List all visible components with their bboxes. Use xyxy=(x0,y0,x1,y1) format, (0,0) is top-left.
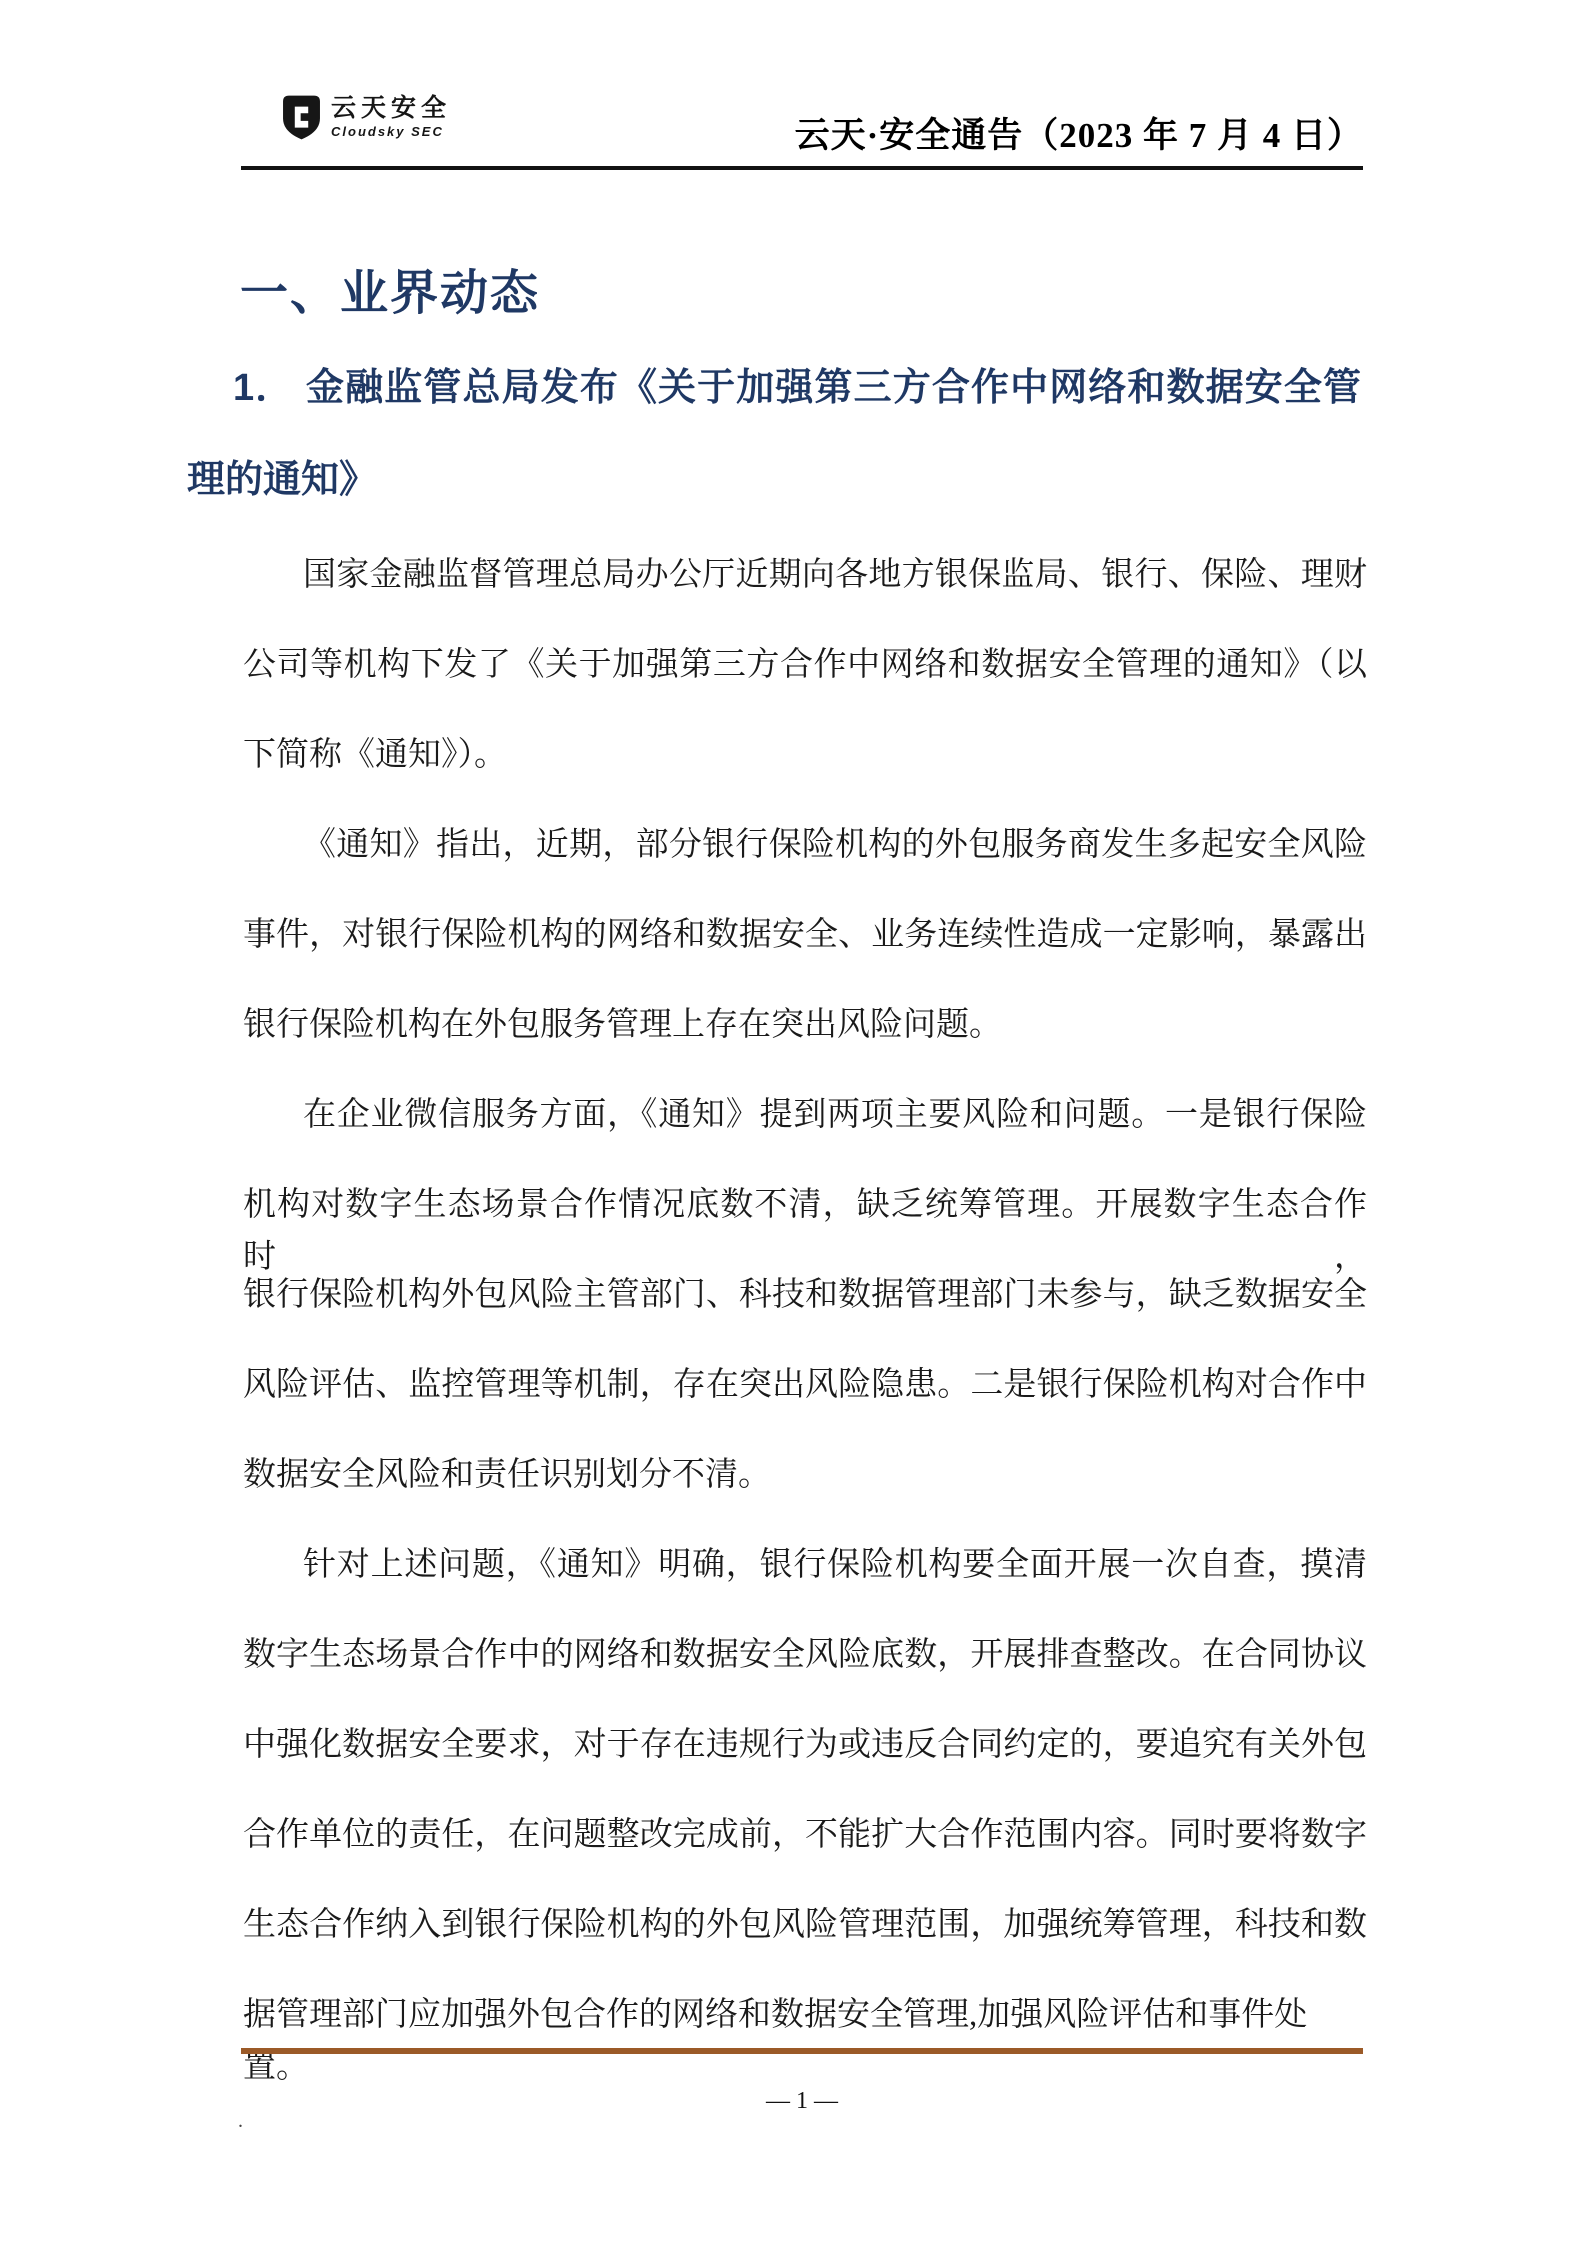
body-text-line: 银行保险机构外包风险主管部门、科技和数据管理部门未参与，缺乏数据安全 xyxy=(243,1269,1367,1359)
section-heading: 一、业界动态 xyxy=(240,254,540,323)
body-text-line: 《通知》指出，近期，部分银行保险机构的外包服务商发生多起安全风险 xyxy=(243,819,1367,909)
footer-rule xyxy=(241,2048,1363,2054)
body-text-line: 国家金融监督管理总局办公厅近期向各地方银保监局、银行、保险、理财 xyxy=(243,549,1367,639)
page-number: — 1 — xyxy=(241,2088,1363,2115)
brand-text: 云天安全 Cloudsky SEC xyxy=(331,95,451,139)
header-rule xyxy=(241,166,1363,170)
body-text-line: 风险评估、监控管理等机制，存在突出风险隐患。二是银行保险机构对合作中 xyxy=(243,1359,1367,1449)
body-text-line: 下简称《通知》）。 xyxy=(243,729,1367,819)
article-heading-line: 理的通知》 xyxy=(187,452,1367,544)
document-page: 云天安全 Cloudsky SEC 云天·安全通告（2023 年 7 月 4 日… xyxy=(0,0,1587,2245)
article-body: 国家金融监督管理总局办公厅近期向各地方银保监局、银行、保险、理财公司等机构下发了… xyxy=(243,549,1367,2079)
body-text-line: 在企业微信服务方面，《通知》提到两项主要风险和问题。一是银行保险 xyxy=(243,1089,1367,1179)
body-text-line: 公司等机构下发了《关于加强第三方合作中网络和数据安全管理的通知》（以 xyxy=(243,639,1367,729)
article-heading-line: 1． 金融监管总局发布《关于加强第三方合作中网络和数据安全管 xyxy=(187,360,1367,452)
body-text-line: 据管理部门应加强外包合作的网络和数据安全管理,加强风险评估和事件处置。 xyxy=(243,1989,1367,2079)
article-heading: 1． 金融监管总局发布《关于加强第三方合作中网络和数据安全管理的通知》 xyxy=(187,360,1367,544)
body-text-line: 中强化数据安全要求，对于存在违规行为或违反合同约定的，要追究有关外包 xyxy=(243,1719,1367,1809)
body-text-line: 机构对数字生态场景合作情况底数不清，缺乏统筹管理。开展数字生态合作时， xyxy=(243,1179,1367,1269)
bulletin-title: 云天·安全通告（2023 年 7 月 4 日） xyxy=(795,108,1363,158)
body-text-line: 针对上述问题，《通知》明确，银行保险机构要全面开展一次自查，摸清 xyxy=(243,1539,1367,1629)
body-text-line: 数据安全风险和责任识别划分不清。 xyxy=(243,1449,1367,1539)
brand-name-cn: 云天安全 xyxy=(331,95,451,122)
body-text-line: 事件，对银行保险机构的网络和数据安全、业务连续性造成一定影响，暴露出 xyxy=(243,909,1367,999)
body-text-line: 银行保险机构在外包服务管理上存在突出风险问题。 xyxy=(243,999,1367,1089)
body-text-line: 数字生态场景合作中的网络和数据安全风险底数，开展排查整改。在合同协议 xyxy=(243,1629,1367,1719)
body-text-line: 合作单位的责任，在问题整改完成前，不能扩大合作范围内容。同时要将数字 xyxy=(243,1809,1367,1899)
body-text-line: 生态合作纳入到银行保险机构的外包风险管理范围，加强统筹管理，科技和数 xyxy=(243,1899,1367,1989)
brand-logo: 云天安全 Cloudsky SEC xyxy=(281,94,451,141)
brand-name-en: Cloudsky SEC xyxy=(331,124,451,139)
shield-c-icon xyxy=(281,94,322,141)
